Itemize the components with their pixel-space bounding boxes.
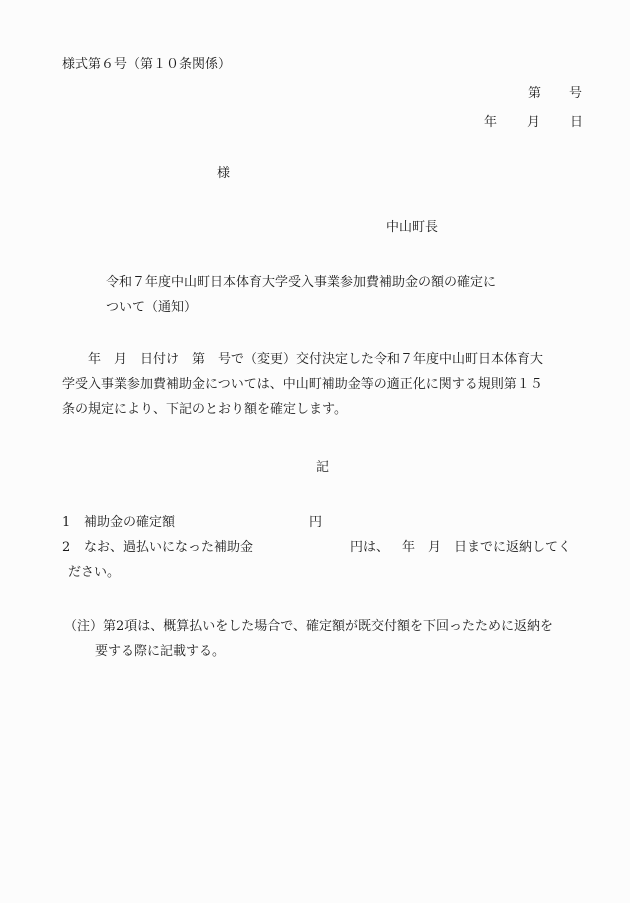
note-line1: （注）第2項は、概算払いをした場合で、確定額が既交付額を下回ったために返納を [64, 620, 553, 633]
date-year: 年 [484, 116, 497, 129]
list-item-continuation: ださい。 [68, 566, 120, 579]
recipient-honorific: 様 [217, 167, 230, 180]
item-number: 2 [62, 541, 70, 554]
item-deadline: 年 月 日までに返納してく [402, 541, 571, 554]
document-title-line2: ついて（通知） [106, 301, 197, 314]
form-label: 様式第６号（第１０条関係） [62, 58, 231, 71]
document-title-line1: 令和７年度中山町日本体育大学受入事業参加費補助金の額の確定に [106, 276, 496, 289]
note-line2: 要する際に記載する。 [95, 645, 225, 658]
item-label: 補助金の確定額 [84, 516, 175, 529]
item-unit: 円は、 [350, 541, 389, 554]
body-line: 年 月 日付け 第 号で（変更）交付決定した令和７年度中山町日本体育大 [62, 353, 543, 366]
body-line: 学受入事業参加費補助金については、中山町補助金等の適正化に関する規則第１５ [62, 378, 543, 391]
date-day: 日 [570, 116, 583, 129]
issuer-name: 中山町長 [386, 221, 438, 234]
date-month: 月 [527, 116, 540, 129]
ki-heading: 記 [316, 461, 329, 474]
doc-number-suffix: 号 [569, 87, 582, 100]
body-line: 条の規定により、下記のとおり額を確定します。 [62, 403, 347, 416]
item-unit: 円 [309, 516, 322, 529]
item-number: 1 [62, 516, 70, 529]
item-label: なお、過払いになった補助金 [84, 541, 253, 554]
doc-number-prefix: 第 [528, 87, 541, 100]
